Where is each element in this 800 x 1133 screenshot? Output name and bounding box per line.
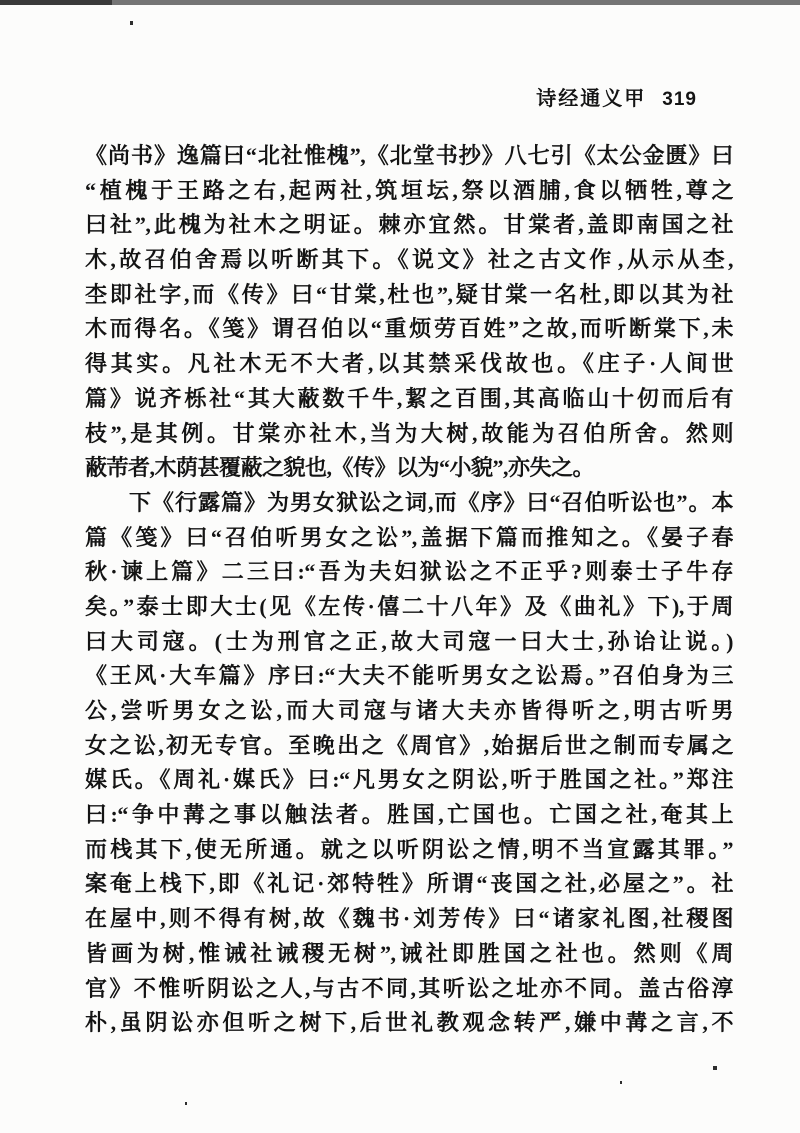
text-line: 《王风·大车篇》序曰:“大夫不能听男女之讼焉。”召伯身为三 bbox=[85, 659, 733, 694]
text-line: 皆画为树,惟诫社诫稷无树”,诫社即胜国之社也。然则《周 bbox=[85, 937, 733, 972]
text-line: 曰:“争中冓之事以触法者。胜国,亡国也。亡国之社,奄其上 bbox=[85, 798, 733, 833]
text-line: 《尚书》逸篇曰“北社惟槐”,《北堂书抄》八七引《太公金匮》曰 bbox=[85, 139, 733, 174]
text-line: 枝”,是其例。甘棠亦社木,当为大树,故能为召伯所舍。然则 bbox=[85, 417, 733, 452]
paragraph: 下《行露篇》为男女狱讼之词,而《序》曰“召伯听讼也”。本篇《笺》曰“召伯听男女之… bbox=[85, 486, 733, 1041]
text-line: 矣。”泰士即大士(见《左传·僖二十八年》及《曲礼》下),于周 bbox=[85, 590, 733, 625]
text-line: 朴,虽阴讼亦但听之树下,后世礼教观念转严,嫌中冓之言,不 bbox=[85, 1006, 733, 1041]
text-line: 杢即社字,而《传》曰“甘棠,杜也”,疑甘棠一名杜,即以其为社 bbox=[85, 278, 733, 313]
scan-edge-artifact-dark bbox=[0, 0, 112, 5]
text-line: “植槐于王路之右,起两社,筑垣坛,祭以酒脯,食以牺牲,尊之 bbox=[85, 174, 733, 209]
page-number: 319 bbox=[662, 89, 697, 110]
text-line: 在屋中,则不得有树,故《魏书·刘芳传》曰“诸家礼图,社稷图 bbox=[85, 902, 733, 937]
text-line: 木而得名。《笺》谓召伯以“重烦劳百姓”之故,而听断棠下,未 bbox=[85, 312, 733, 347]
scan-speck bbox=[713, 1066, 717, 1070]
text-line: 曰大司寇。(士为刑官之正,故大司寇一曰大士,孙诒让说。) bbox=[85, 625, 733, 660]
page-body: 《尚书》逸篇曰“北社惟槐”,《北堂书抄》八七引《太公金匮》曰“植槐于王路之右,起… bbox=[85, 139, 733, 1041]
text-line: 而栈其下,使无所通。就之以听阴讼之情,明不当宣露其罪。” bbox=[85, 833, 733, 868]
text-line: 篇《笺》曰“召伯听男女之讼”,盖据下篇而推知之。《晏子春 bbox=[85, 521, 733, 556]
text-line: 媒氏。《周礼·媒氏》曰:“凡男女之阴讼,听于胜国之社。”郑注 bbox=[85, 763, 733, 798]
text-line: 得其实。凡社木无不大者,以其禁采伐故也。《庄子·人间世 bbox=[85, 347, 733, 382]
text-line: 篇》说齐栎社“其大蔽数千牛,絜之百围,其高临山十仞而后有 bbox=[85, 382, 733, 417]
paragraph: 《尚书》逸篇曰“北社惟槐”,《北堂书抄》八七引《太公金匮》曰“植槐于王路之右,起… bbox=[85, 139, 733, 486]
text-line: 木,故召伯舍焉以听断其下。《说文》社之古文作𥙭,从示从杢, bbox=[85, 243, 733, 278]
text-line: 曰社”,此槐为社木之明证。棘亦宜然。甘棠者,盖即南国之社 bbox=[85, 208, 733, 243]
text-line: 官》不惟听阴讼之人,与古不同,其听讼之址亦不同。盖古俗淳 bbox=[85, 972, 733, 1007]
book-title: 诗经通义甲 bbox=[536, 88, 646, 110]
running-head: 诗经通义甲319 bbox=[536, 82, 697, 111]
text-line: 公,尝听男女之讼,而大司寇与诸大夫亦皆得听之,明古听男 bbox=[85, 694, 733, 729]
text-line: 下《行露篇》为男女狱讼之词,而《序》曰“召伯听讼也”。本 bbox=[85, 486, 733, 521]
text-line: 蔽芾者,木荫甚覆蔽之貌也,《传》以为“小貌”,亦失之。 bbox=[85, 451, 733, 486]
scan-speck bbox=[620, 1081, 622, 1084]
scanned-book-page: 诗经通义甲319 《尚书》逸篇曰“北社惟槐”,《北堂书抄》八七引《太公金匮》曰“… bbox=[0, 0, 800, 1133]
text-line: 女之讼,初无专官。至晚出之《周官》,始据后世之制而专属之 bbox=[85, 729, 733, 764]
scan-edge-artifact bbox=[0, 0, 800, 5]
scan-speck bbox=[185, 1102, 187, 1105]
text-line: 秋·谏上篇》二三曰:“吾为夫妇狱讼之不正乎?则泰士子牛存 bbox=[85, 555, 733, 590]
scan-speck bbox=[130, 21, 133, 25]
text-line: 案奄上栈下,即《礼记·郊特牲》所谓“丧国之社,必屋之”。社 bbox=[85, 867, 733, 902]
